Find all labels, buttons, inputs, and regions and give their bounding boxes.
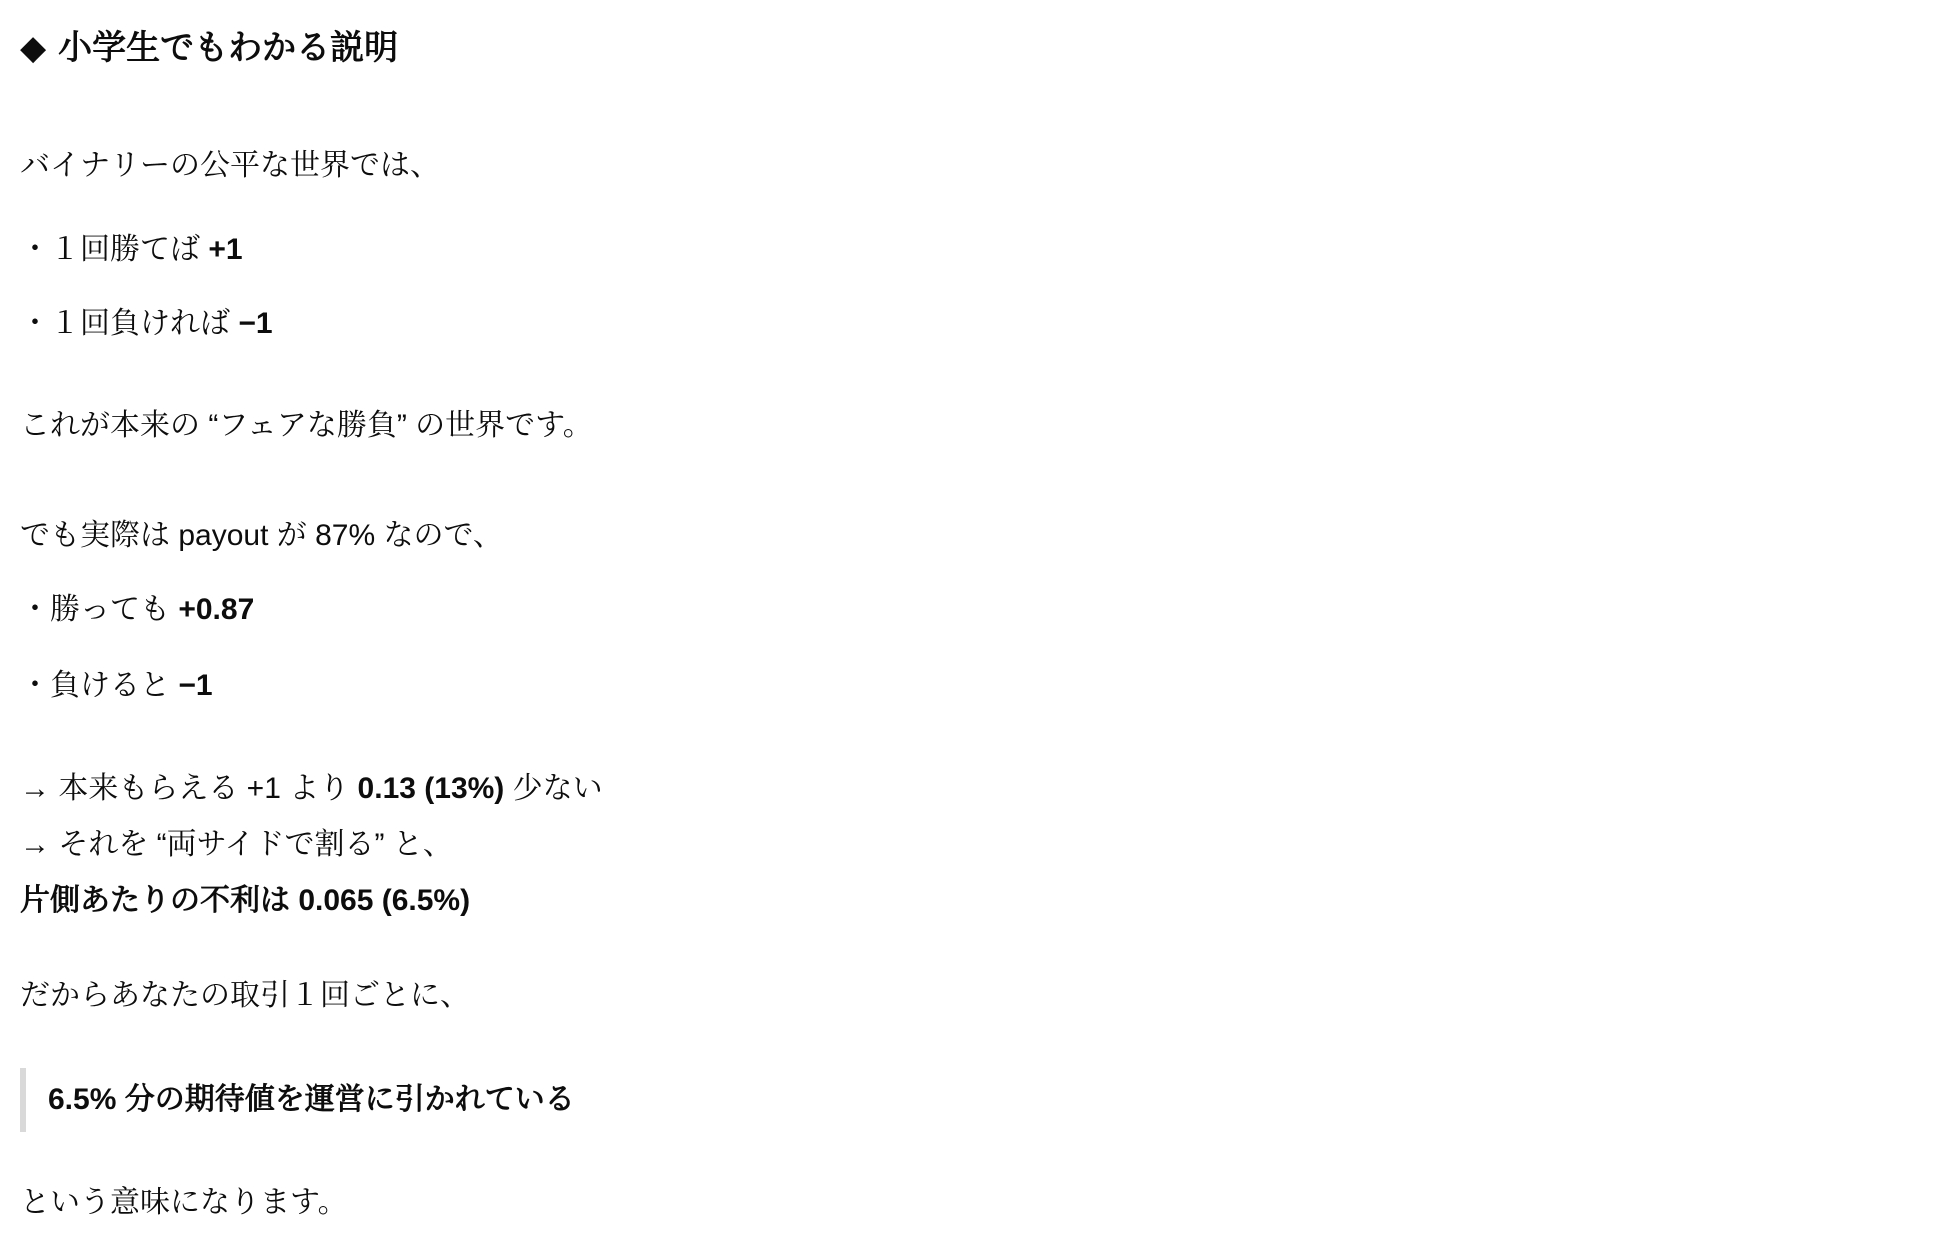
fair-bullet-lose-text: ・１回負ければ (20, 307, 238, 340)
document: ◆小学生でもわかる説明 バイナリーの公平な世界では、 ・１回勝てば +1 ・１回… (0, 0, 1944, 1231)
intro-text: バイナリーの公平な世界では、 (20, 149, 440, 182)
expected-value-blockquote: 6.5% 分の期待値を運営に引かれている (20, 1068, 1884, 1132)
per-trade-intro-text: だからあなたの取引１回ごとに、 (20, 979, 470, 1012)
expected-value-quote-text: 6.5% 分の期待値を運営に引かれている (48, 1083, 575, 1116)
derivation-line-2-text: → それを “両サイドで割る” と、 (20, 828, 453, 861)
payout-bullet-win-value: +0.87 (178, 593, 254, 626)
derivation-line-1: → 本来もらえる +1 より 0.13 (13%) 少ない (20, 761, 1884, 817)
payout-intro-paragraph: でも実際は payout が 87% なので、 (20, 508, 1884, 564)
payout-bullet-win: ・勝っても +0.87 (20, 582, 1884, 638)
derivation-paragraph: → 本来もらえる +1 より 0.13 (13%) 少ない → それを “両サイ… (20, 761, 1884, 929)
per-trade-intro-paragraph: だからあなたの取引１回ごとに、 (20, 968, 1884, 1024)
fair-bullet-win-value: +1 (208, 233, 242, 266)
payout-bullet-lose: ・負けると −1 (20, 658, 1884, 714)
payout-bullet-lose-text: ・負けると (20, 669, 178, 702)
fair-bullet-win: ・１回勝てば +1 (20, 222, 1884, 278)
intro-paragraph: バイナリーの公平な世界では、 (20, 138, 1884, 194)
payout-bullet-lose-value: −1 (178, 669, 212, 702)
diamond-icon: ◆ (20, 29, 46, 67)
fair-bullet-lose: ・１回負ければ −1 (20, 296, 1884, 352)
derivation-line-1-post: 少ない (504, 772, 602, 805)
derivation-line-2: → それを “両サイドで割る” と、 (20, 817, 1884, 873)
fair-world-text: これが本来の “フェアな勝負” の世界です。 (20, 409, 593, 442)
conclusion-text: という意味になります。 (20, 1186, 348, 1219)
derivation-line-3: 片側あたりの不利は 0.065 (6.5%) (20, 873, 1884, 929)
section-heading-text: 小学生でもわかる説明 (58, 29, 398, 67)
fair-bullet-win-text: ・１回勝てば (20, 233, 208, 266)
fair-world-paragraph: これが本来の “フェアな勝負” の世界です。 (20, 398, 1884, 454)
derivation-line-1-value: 0.13 (13%) (358, 772, 505, 805)
derivation-line-1-pre: → 本来もらえる +1 より (20, 772, 358, 805)
payout-intro-text: でも実際は payout が 87% なので、 (20, 519, 503, 552)
derivation-line-3-text: 片側あたりの不利は 0.065 (6.5%) (20, 884, 470, 917)
payout-bullet-win-text: ・勝っても (20, 593, 178, 626)
conclusion-paragraph: という意味になります。 (20, 1175, 1884, 1231)
fair-bullet-lose-value: −1 (238, 307, 272, 340)
section-heading: ◆小学生でもわかる説明 (20, 20, 1884, 76)
